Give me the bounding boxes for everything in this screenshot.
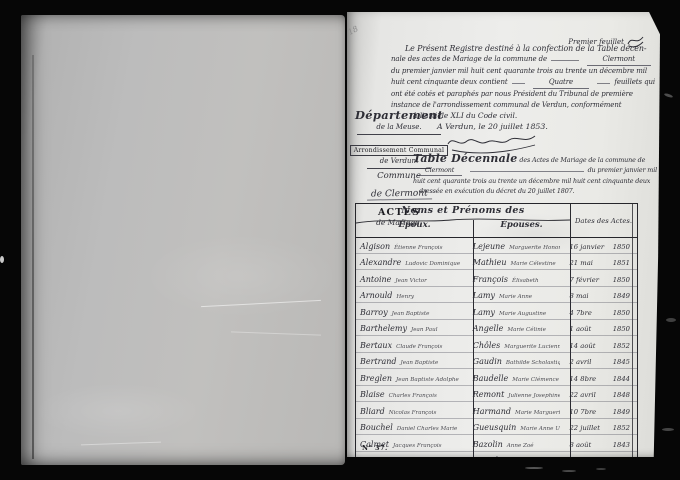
register-page: 18 Premier feuillet Le Présent Registre … <box>347 12 660 457</box>
act-date: 21 mai <box>569 259 592 267</box>
act-year: 1850 <box>613 243 630 251</box>
table-caption: Table Décennale des Actes de Mariage de … <box>413 154 657 196</box>
department-label: Département <box>349 108 449 122</box>
date-cell: 22 juillet 1852 <box>560 424 637 434</box>
epouse-given-names: Marie Anne Ursuline <box>516 426 560 432</box>
epouse-given-names: Élisabeth <box>508 278 539 284</box>
date-cell: 7 février 1850 <box>560 276 637 286</box>
department-value: de la Meuse. <box>349 123 449 131</box>
date-cell: 4 7bre 1850 <box>560 309 637 319</box>
epouse-surname: Grandpierre <box>473 456 523 457</box>
statement-line: Le Présent Registre destiné à la confect… <box>391 43 655 54</box>
date-cell: 1 août 1850 <box>560 325 637 335</box>
table-row: CampourcyLouis GrandpierreMarie Anne 15 … <box>356 452 637 458</box>
act-date: 4 7bre <box>569 309 591 317</box>
background-smudge <box>596 468 606 470</box>
binding-crease <box>32 55 34 459</box>
commune-fill: Clermont <box>587 54 651 66</box>
epoux-given-names: Charles François <box>385 393 437 399</box>
epoux-given-names: Nicolas François <box>385 410 437 416</box>
epoux-given-names: Claude François <box>392 344 442 350</box>
paper-scratch <box>81 442 161 446</box>
caption-line: huit cent quarante trois au trente un dé… <box>413 176 657 186</box>
caption-commune-fill: Clermont <box>417 165 462 176</box>
left-blank-page <box>21 15 345 465</box>
epoux-given-names: Jean Baptiste <box>388 311 430 317</box>
epoux-given-names: Jean Paul <box>407 327 438 333</box>
statement-line: nale des actes de Mariage de la commune … <box>391 54 655 66</box>
act-date: 7 février <box>569 276 599 284</box>
background-smudge <box>562 470 576 472</box>
paper-scratch <box>201 300 321 307</box>
act-year: 1850 <box>613 276 630 284</box>
act-year: 1850 <box>613 309 630 317</box>
epouse-given-names: Marie Célestine <box>507 261 556 267</box>
act-year: 1843 <box>613 441 630 449</box>
epouse-cell: GrandpierreMarie Anne <box>466 448 561 457</box>
act-year: 1844 <box>613 375 630 383</box>
background-smudge <box>664 93 673 99</box>
epouse-given-names: Anne Zoé <box>503 443 534 449</box>
column-header-dates: Dates des Actes. <box>570 204 637 237</box>
background-smudge <box>0 256 4 263</box>
caption-fill-line: Clermont du premier janvier mil <box>413 165 657 176</box>
date-cell: 14 8bre 1844 <box>560 375 637 385</box>
date-cell: 22 avril 1848 <box>560 391 637 401</box>
act-date: 14 août <box>569 342 595 350</box>
place-date-line: A Verdun, le 20 juillet 1853. <box>437 122 548 131</box>
act-date: 16 janvier <box>569 243 604 251</box>
date-cell: 8 août 1843 <box>560 441 637 451</box>
group-header: Noms et Prénoms des <box>356 205 570 216</box>
caption-line: dressée en exécution du décret du 20 jui… <box>413 186 657 196</box>
background-smudge <box>525 467 543 469</box>
epoux-given-names: Étienne François <box>390 245 442 251</box>
date-cell: 2 avril 1845 <box>560 358 637 368</box>
epouse-given-names: Marie Célinie <box>503 327 545 333</box>
epoux-given-names: Jean Victor <box>391 278 426 284</box>
date-cell: 14 août 1852 <box>560 342 637 352</box>
act-year: 1852 <box>613 342 630 350</box>
epouse-given-names: Marie Augustine <box>495 311 546 317</box>
table-rows: AlgisonÉtienne François LejeuneMarguerit… <box>356 237 637 457</box>
act-date: 22 juillet <box>569 424 600 432</box>
epoux-given-names: Jean Baptiste Adolphe <box>392 377 459 383</box>
act-year: 1849 <box>613 292 630 300</box>
epoux-given-names: Jacques François <box>389 443 442 449</box>
epoux-surname: Campourcy <box>360 456 406 457</box>
background-smudge <box>662 428 674 431</box>
statement-line: ont été cotés et paraphés par nous Prési… <box>391 89 655 100</box>
column-header-epouses: Épouses. <box>473 220 570 237</box>
date-cell: 16 janvier 1850 <box>560 243 637 253</box>
pencil-annotation: 18 <box>346 24 359 37</box>
act-year: 1852 <box>613 424 630 432</box>
divider <box>357 134 441 135</box>
epouse-given-names: Julienne Josephine <box>504 393 560 399</box>
epouse-given-names: Marie Anne <box>495 294 532 300</box>
epouse-given-names: Bathilde Scholastique <box>502 360 561 366</box>
epoux-given-names: Henry <box>392 294 414 300</box>
decennial-table: Noms et Prénoms des Époux. Épouses. Date… <box>355 203 638 457</box>
caption-title-line: Table Décennale des Actes de Mariage de … <box>413 154 657 165</box>
column-header-epoux: Époux. <box>356 220 473 237</box>
form-number: N° 37. <box>362 444 388 452</box>
epouse-given-names: Marguerite Lucienne <box>500 344 560 350</box>
act-date: 8 août <box>569 441 591 449</box>
act-date: 10 7bre <box>569 408 596 416</box>
act-date: 1 août <box>569 325 591 333</box>
act-year: 1850 <box>613 325 630 333</box>
date-cell: 10 7bre 1849 <box>560 408 637 418</box>
date-cell: 21 mai 1851 <box>560 259 637 269</box>
epouse-given-names: Marie Clémence <box>508 377 559 383</box>
statement-line: du premier janvier mil huit cent quarant… <box>391 66 655 77</box>
register-statement: Le Présent Registre destiné à la confect… <box>391 43 655 111</box>
act-year: 1845 <box>613 358 630 366</box>
epoux-given-names: Daniel Charles Marie <box>393 426 458 432</box>
paper-scratch <box>231 331 321 335</box>
table-header: Noms et Prénoms des Époux. Épouses. Date… <box>356 204 637 238</box>
background-smudge <box>666 318 676 322</box>
feuillets-count-fill: Quatre <box>533 77 589 89</box>
epoux-given-names: Ludovic Dominique <box>401 261 460 267</box>
epoux-given-names: Jean Baptiste <box>397 360 439 366</box>
caption-title: Table Décennale <box>413 152 518 165</box>
statement-line: huit cent cinquante deux contient Quatre… <box>391 77 655 89</box>
act-year: 1849 <box>613 408 630 416</box>
act-date: 22 avril <box>569 391 595 399</box>
epouse-given-names: Marguerite Honorine <box>505 245 560 251</box>
act-date: 14 8bre <box>569 375 596 383</box>
act-date: 8 mai <box>569 292 588 300</box>
date-cell: 8 mai 1849 <box>560 292 637 302</box>
act-year: 1851 <box>613 259 630 267</box>
act-year: 1848 <box>613 391 630 399</box>
act-date: 2 avril <box>569 358 591 366</box>
epouse-given-names: Marie Marguerite <box>511 410 560 416</box>
